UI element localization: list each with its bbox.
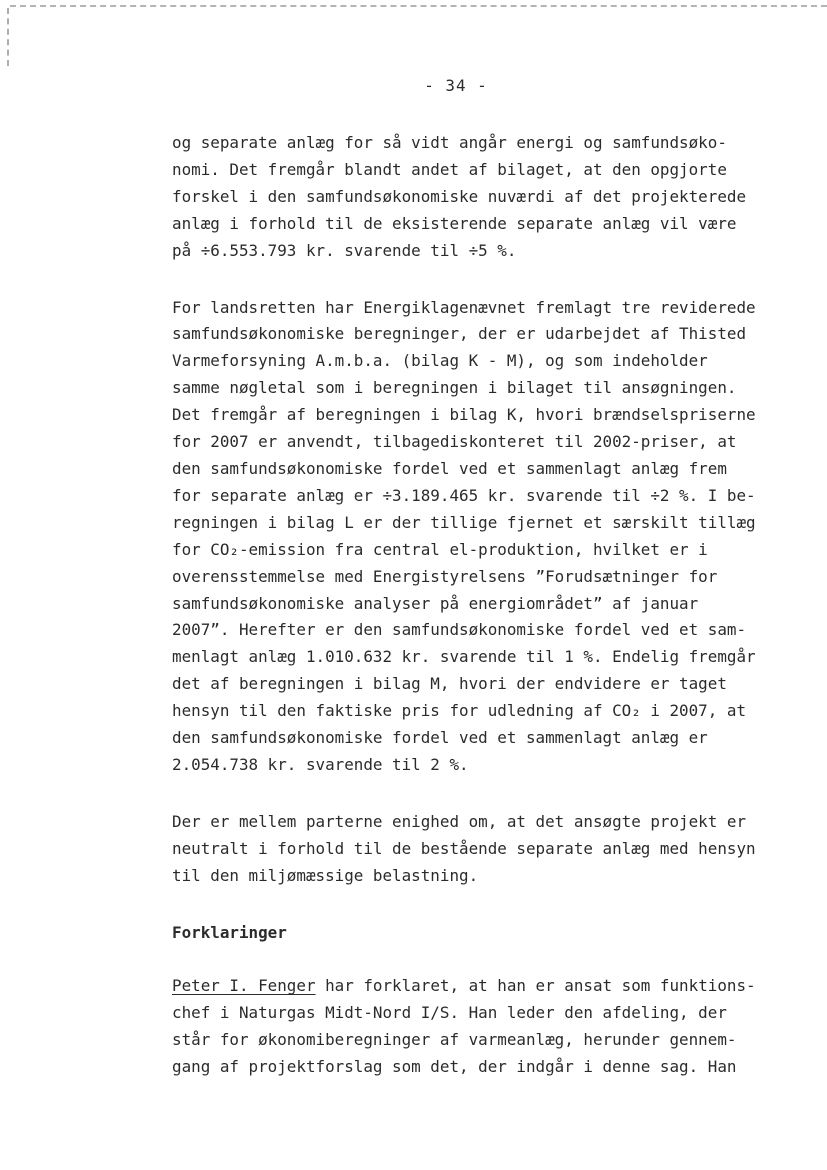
text-line: samme nøgletal som i beregningen i bilag… [172,375,772,402]
section-heading-forklaringer: Forklaringer [172,920,772,947]
text-line: for CO₂-emission fra central el-produkti… [172,537,772,564]
text-line: menlagt anlæg 1.010.632 kr. svarende til… [172,644,772,671]
paragraph-environmental-neutrality: Der er mellem parterne enighed om, at de… [172,809,772,890]
text-line: neutralt i forhold til de bestående sepa… [172,836,772,863]
text-line: hensyn til den faktiske pris for udledni… [172,698,772,725]
paragraph-witness-statement: Peter I. Fenger har forklaret, at han er… [172,973,772,1081]
paragraph-energy-economy: og separate anlæg for så vidt angår ener… [172,130,772,265]
text-line: Peter I. Fenger har forklaret, at han er… [172,973,772,1000]
text-line: gang af projektforslag som det, der indg… [172,1054,772,1081]
text-line: chef i Naturgas Midt-Nord I/S. Han leder… [172,1000,772,1027]
text-line: anlæg i forhold til de eksisterende sepa… [172,211,772,238]
text-line: samfundsøkonomiske beregninger, der er u… [172,321,772,348]
text-line: på ÷6.553.793 kr. svarende til ÷5 %. [172,238,772,265]
text-line: og separate anlæg for så vidt angår ener… [172,130,772,157]
paragraph-revised-calculations: For landsretten har Energiklagenævnet fr… [172,295,772,779]
text-line: For landsretten har Energiklagenævnet fr… [172,295,772,322]
text-line: står for økonomiberegninger af varmeanlæ… [172,1027,772,1054]
text-line: forskel i den samfundsøkonomiske nuværdi… [172,184,772,211]
text-line: overensstemmelse med Energistyrelsens ”F… [172,564,772,591]
text-line: for separate anlæg er ÷3.189.465 kr. sva… [172,483,772,510]
scan-artifact-left-edge [7,8,9,66]
underlined-witness-name: Peter I. Fenger [172,976,316,995]
text-line: den samfundsøkonomiske fordel ved et sam… [172,456,772,483]
text-line: det af beregningen i bilag M, hvori der … [172,671,772,698]
scan-artifact-top-edge [10,5,827,7]
text-line: for 2007 er anvendt, tilbagediskonteret … [172,429,772,456]
text-line: 2007”. Herefter er den samfundsøkonomisk… [172,617,772,644]
text-line: nomi. Det fremgår blandt andet af bilage… [172,157,772,184]
text-line: den samfundsøkonomiske fordel ved et sam… [172,725,772,752]
text-line: Der er mellem parterne enighed om, at de… [172,809,772,836]
text-line: regningen i bilag L er der tillige fjern… [172,510,772,537]
document-page: - 34 - og separate anlæg for så vidt ang… [0,0,827,1170]
text-line: samfundsøkonomiske analyser på energiomr… [172,591,772,618]
document-body: og separate anlæg for så vidt angår ener… [172,130,772,1111]
text-line: Det fremgår af beregningen i bilag K, hv… [172,402,772,429]
text-line: Varmeforsyning A.m.b.a. (bilag K - M), o… [172,348,772,375]
text-line: 2.054.738 kr. svarende til 2 %. [172,752,772,779]
text-line: til den miljømæssige belastning. [172,863,772,890]
page-number: - 34 - [172,76,740,95]
